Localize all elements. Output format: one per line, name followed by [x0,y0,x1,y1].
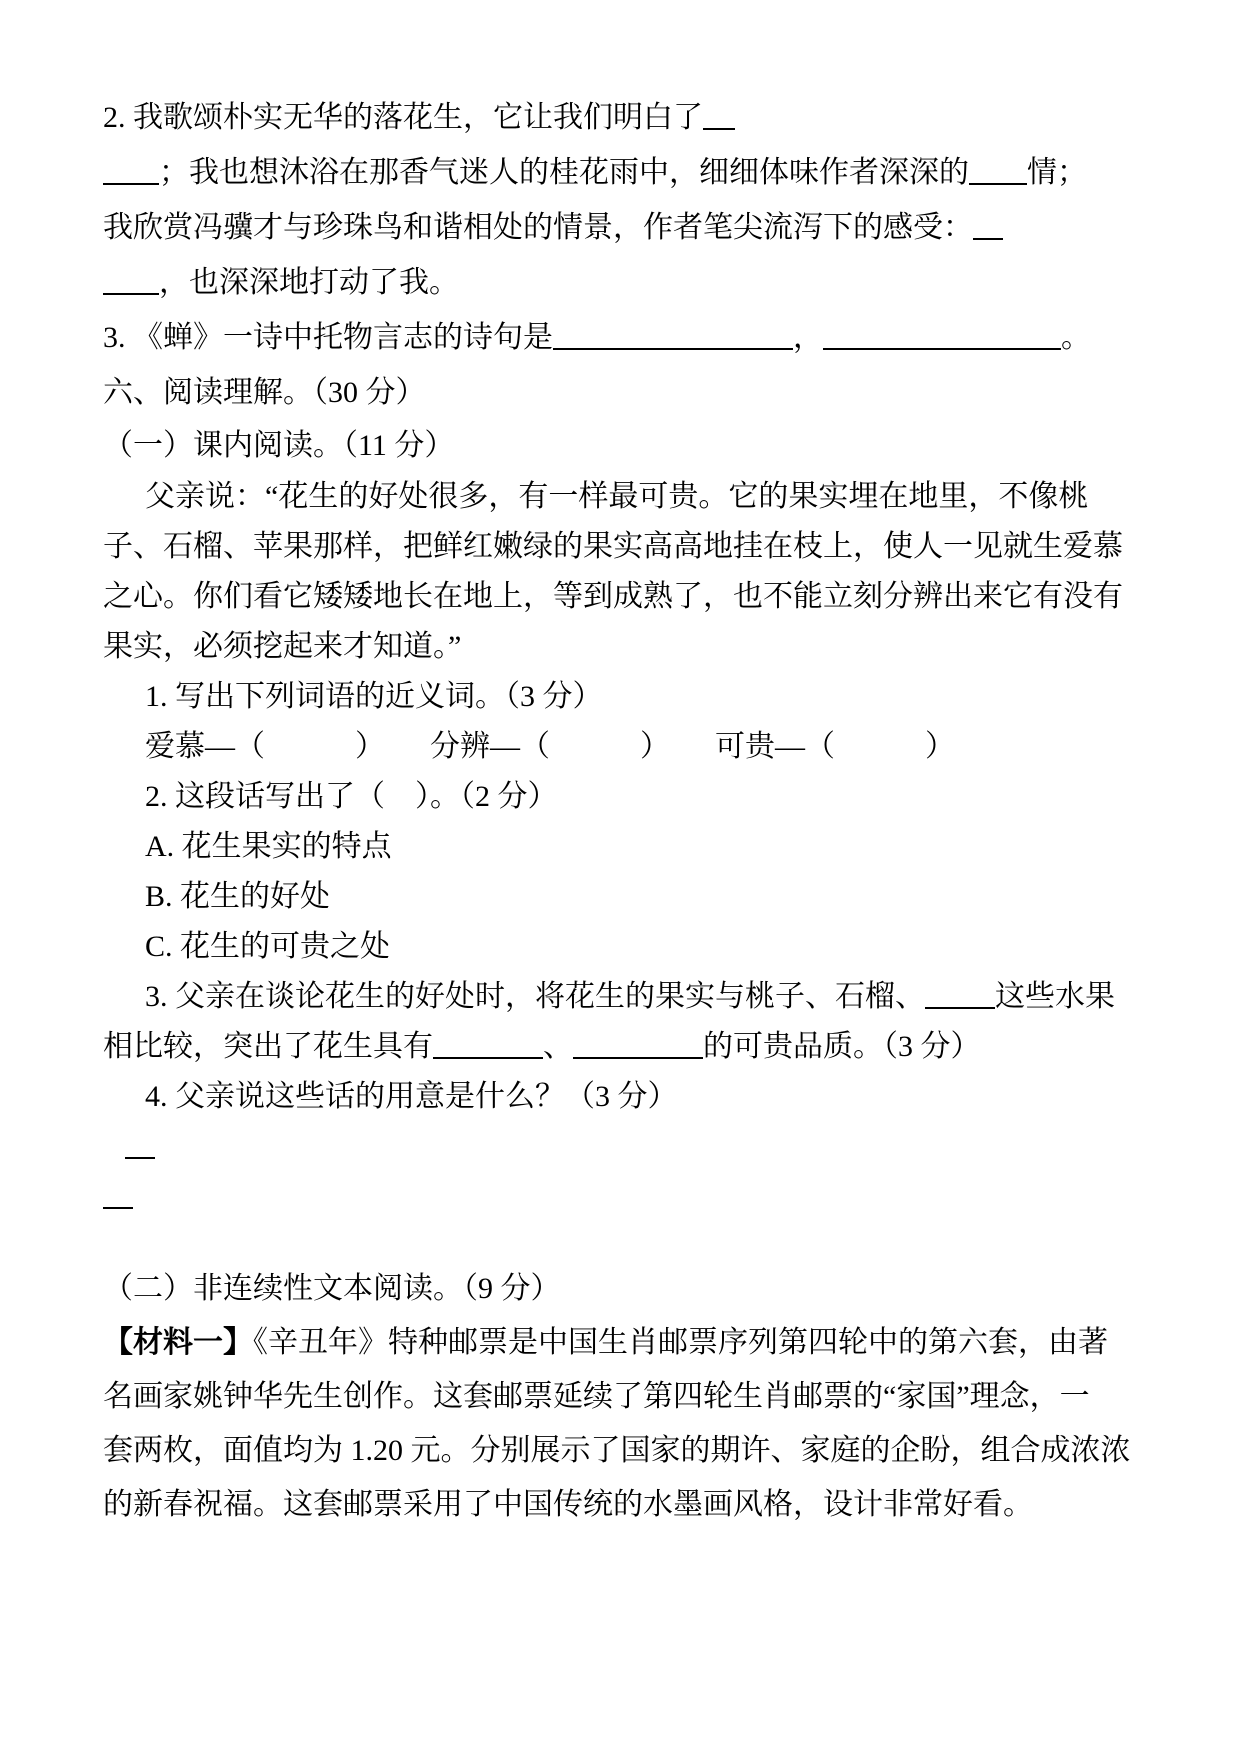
material-one-line: 的新春祝福。这套邮票采用了中国传统的水墨画风格，设计非常好看。 [103,1478,1141,1532]
answer-blank [969,183,1027,185]
section-six-heading: 六、阅读理解。（30 分） [103,365,1141,420]
q2-line-2-text: ；我也想沐浴在那香气迷人的桂花雨中，细细体味作者深深的 [159,156,969,189]
q2-line-3-text: 我欣赏冯骥才与珍珠鸟和谐相处的情景，作者笔尖流泻下的感受： [103,211,973,244]
q3-lead: 3. 《蝉》一诗中托物言志的诗句是 [103,321,553,354]
answer-blank [703,128,735,130]
q2-line-1-text: 2. 我歌颂朴实无华的落花生，它让我们明白了 [103,101,703,134]
passage-line: 子、石榴、苹果那样，把鲜红嫩绿的果实高高地挂在枝上，使人一见就生爱慕 [103,522,1141,572]
material-one-line: 【材料一】《辛丑年》特种邮票是中国生肖邮票序列第四轮中的第六套，由著 [103,1316,1141,1370]
sub-q3-line-2-tail: 的可贵品质。（3 分） [703,1030,981,1063]
q3-comma: ， [793,321,823,354]
sub-q2-prompt: 2. 这段话写出了（ ）。（2 分） [103,772,1141,822]
answer-line-start [103,1122,1141,1172]
answer-blank [573,1057,703,1059]
exam-page: 2. 我歌颂朴实无华的落花生，它让我们明白了 ；我也想沐浴在那香气迷人的桂花雨中… [0,0,1241,1754]
sub-q2-option-b: B. 花生的好处 [103,872,1141,922]
sub-q3-line-2-lead: 相比较，突出了花生具有 [103,1030,433,1063]
answer-blank [973,238,1003,240]
q2-line-2: ；我也想沐浴在那香气迷人的桂花雨中，细细体味作者深深的情； [103,145,1141,200]
answer-blank [103,183,159,185]
material-one-line: 套两枚，面值均为 1.20 元。分别展示了国家的期许、家庭的企盼，组合成浓浓 [103,1424,1141,1478]
material-one-label: 【材料一】 [103,1326,253,1359]
answer-blank [433,1057,543,1059]
section-reading: 六、阅读理解。（30 分） （一）课内阅读。（11 分） 父亲说：“花生的好处很… [103,365,1141,1532]
q3-line: 3. 《蝉》一诗中托物言志的诗句是，。 [103,310,1141,365]
sub-q3-line-2: 相比较，突出了花生具有、的可贵品质。（3 分） [103,1022,1141,1072]
section-fill-blanks: 2. 我歌颂朴实无华的落花生，它让我们明白了 ；我也想沐浴在那香气迷人的桂花雨中… [103,90,1141,365]
sub-q2-option-c: C. 花生的可贵之处 [103,922,1141,972]
answer-blank [553,348,793,350]
q2-line-3: 我欣赏冯骥才与珍珠鸟和谐相处的情景，作者笔尖流泻下的感受： [103,200,1141,255]
q2-line-1: 2. 我歌颂朴实无华的落花生，它让我们明白了 [103,90,1141,145]
answer-blank [103,293,159,295]
part-one-heading: （一）课内阅读。（11 分） [103,420,1141,472]
material-one-text: 《辛丑年》特种邮票是中国生肖邮票序列第四轮中的第六套，由著 [253,1326,1108,1359]
q2-line-4: ，也深深地打动了我。 [103,255,1141,310]
sub-q1-prompt: 1. 写出下列词语的近义词。（3 分） [103,672,1141,722]
sub-q2-option-a: A. 花生果实的特点 [103,822,1141,872]
answer-line-start [103,1172,1141,1222]
part-two-heading: （二）非连续性文本阅读。（9 分） [103,1262,1141,1316]
answer-blank [925,1007,995,1009]
part-one-in-class-reading: （一）课内阅读。（11 分） 父亲说：“花生的好处很多，有一样最可贵。它的果实埋… [103,420,1141,1222]
q2-line-4-text: ，也深深地打动了我。 [159,266,459,299]
passage-line: 果实，必须挖起来才知道。” [103,622,1141,672]
q2-line-2-tail: 情； [1027,156,1087,189]
sub-q3-line-1-tail: 这些水果 [995,980,1115,1013]
material-one-line: 名画家姚钟华先生创作。这套邮票延续了第四轮生肖邮票的“家国”理念，一 [103,1370,1141,1424]
passage-line: 之心。你们看它矮矮地长在地上，等到成熟了，也不能立刻分辨出来它有没有 [103,572,1141,622]
part-two-noncontinuous-reading: （二）非连续性文本阅读。（9 分） 【材料一】《辛丑年》特种邮票是中国生肖邮票序… [103,1262,1141,1532]
sub-q3-line-1: 3. 父亲在谈论花生的好处时，将花生的果实与桃子、石榴、这些水果 [103,972,1141,1022]
answer-blank [125,1157,155,1159]
answer-blank [103,1207,133,1209]
sub-q3-line-2-mid: 、 [543,1030,573,1063]
answer-blank [823,348,1061,350]
passage-line: 父亲说：“花生的好处很多，有一样最可贵。它的果实埋在地里，不像桃 [103,472,1141,522]
q3-period: 。 [1061,321,1091,354]
sub-q4-prompt: 4. 父亲说这些话的用意是什么？（3 分） [103,1072,1141,1122]
sub-q3-line-1-lead: 3. 父亲在谈论花生的好处时，将花生的果实与桃子、石榴、 [145,980,925,1013]
sub-q1-synonym-items: 爱慕—（ ） 分辨—（ ） 可贵—（ ） [103,722,1141,772]
